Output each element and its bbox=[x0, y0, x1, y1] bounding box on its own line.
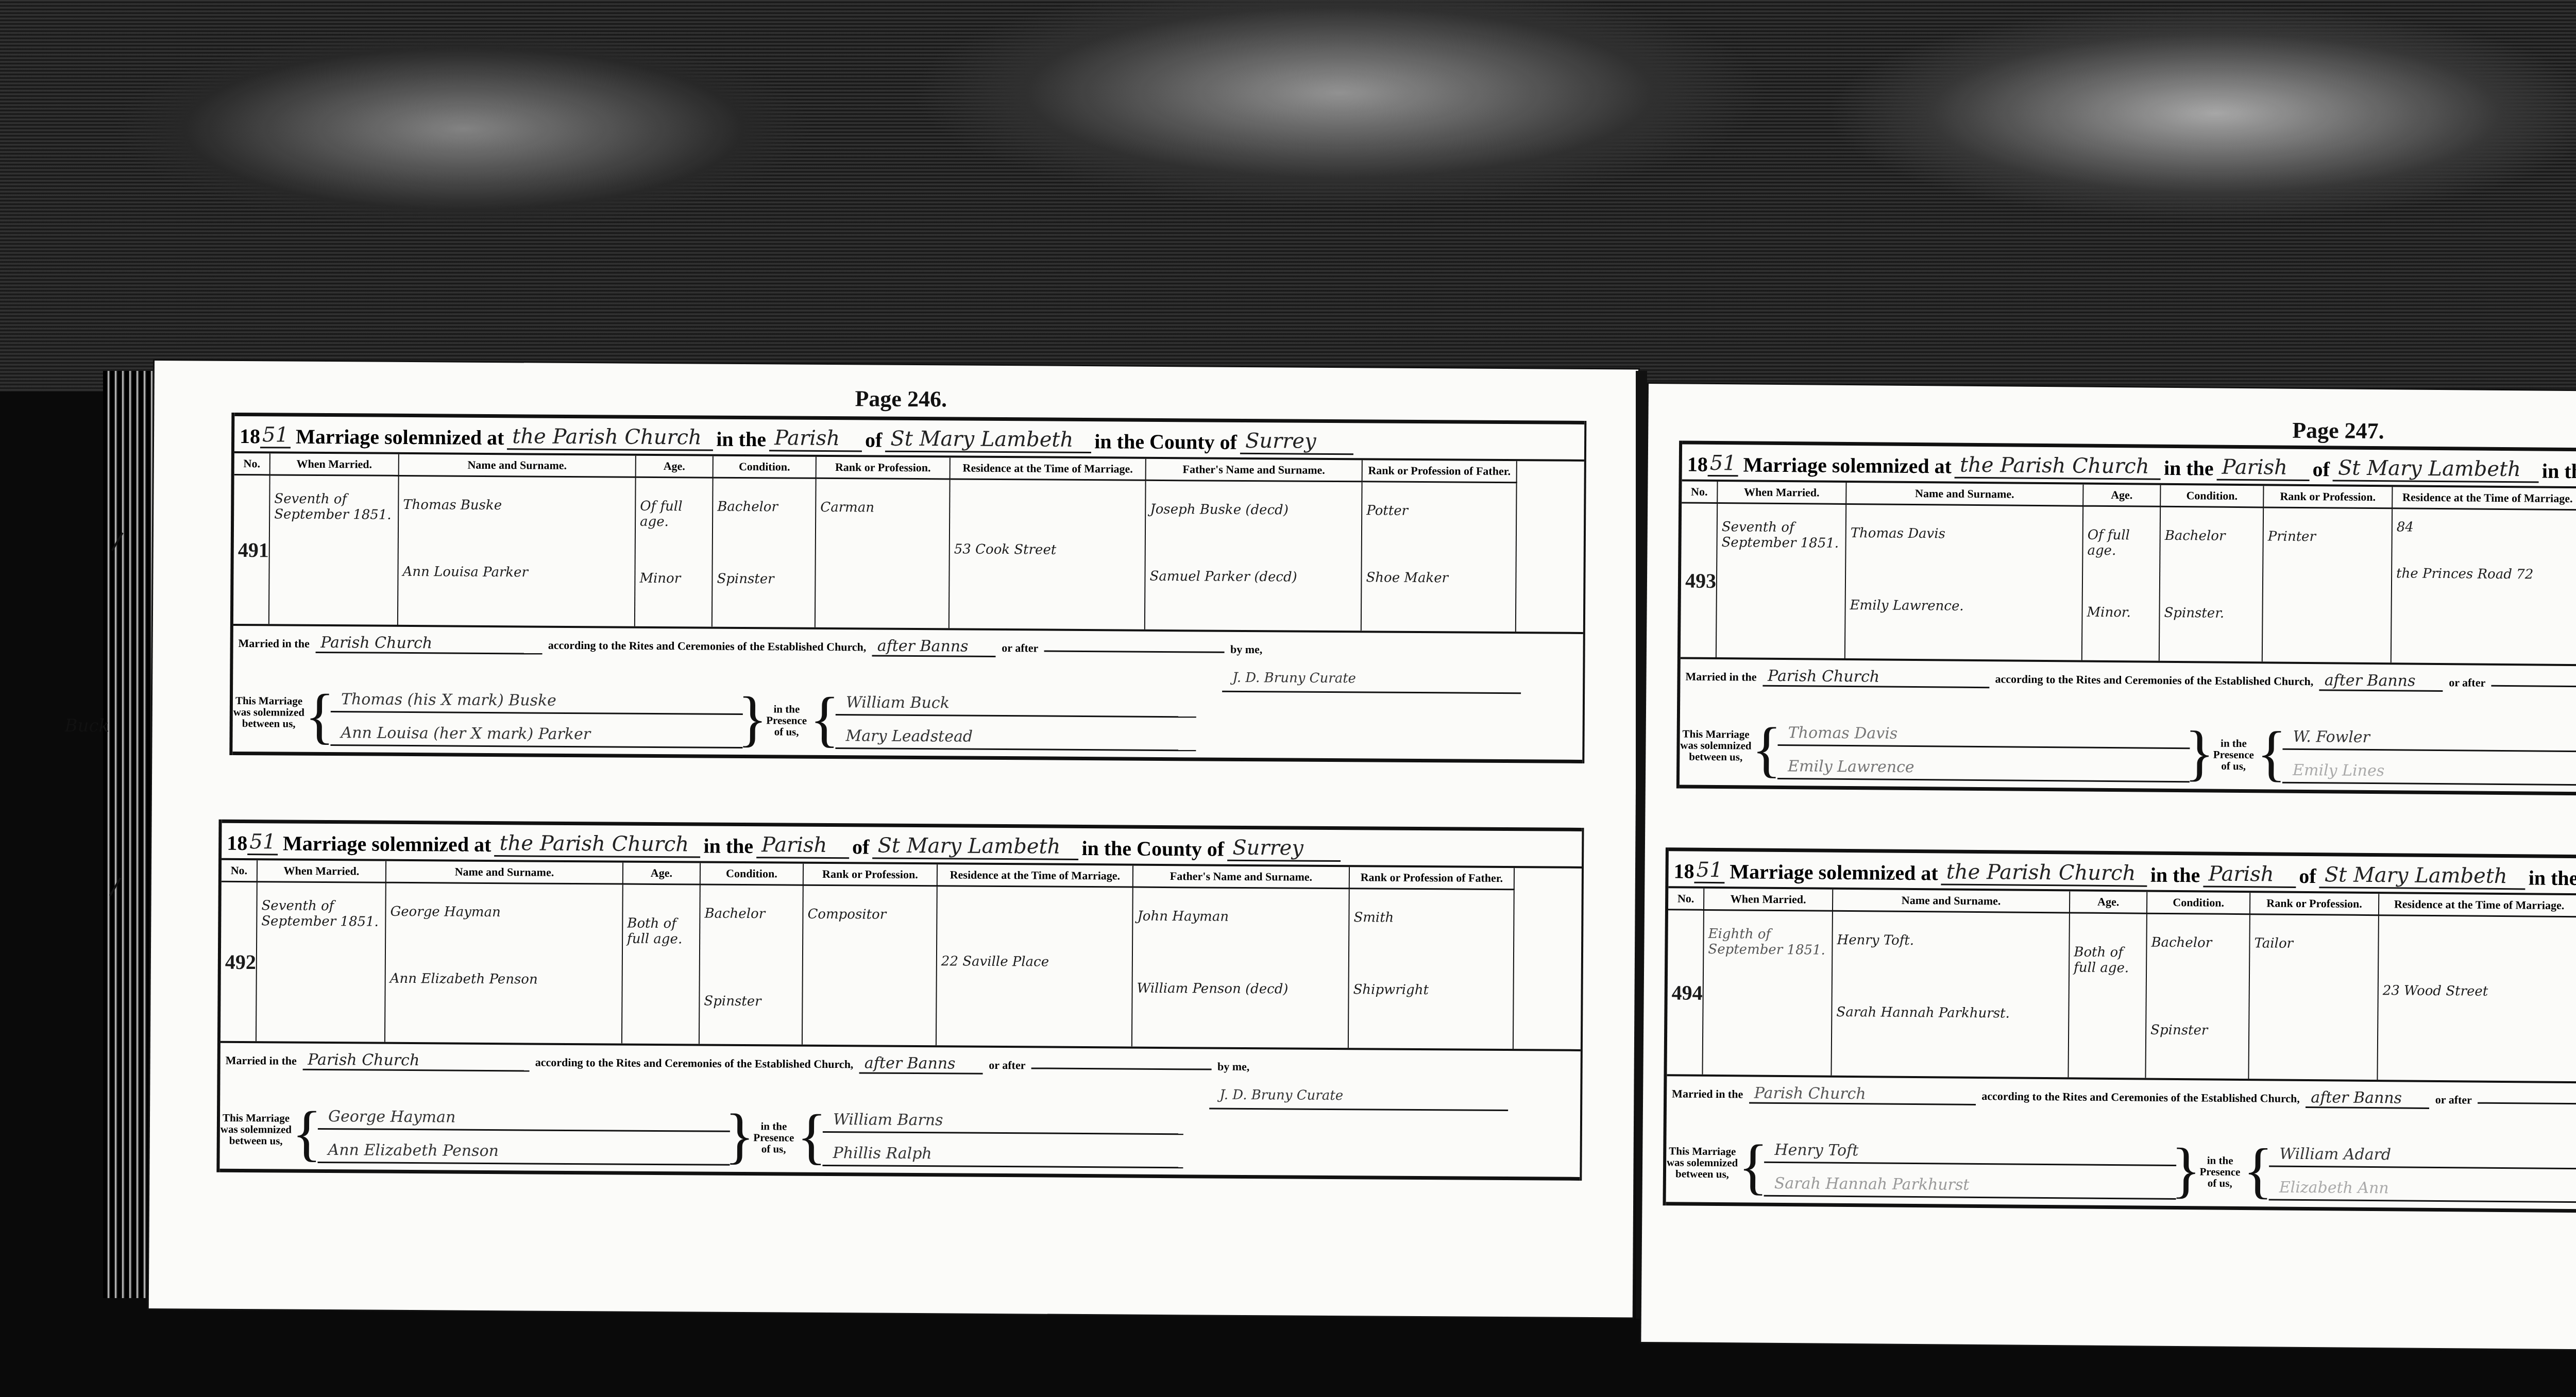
entry-table: No. When Married. Name and Surname. Age.… bbox=[233, 453, 1584, 634]
header-father-profession: Rank or Profession of Father. bbox=[1350, 867, 1515, 890]
profession-cell: Printer bbox=[2263, 508, 2393, 663]
or-after-label: or after bbox=[2435, 1093, 2472, 1106]
page-number: Page 246. bbox=[855, 385, 947, 412]
in-the-label: in the bbox=[2150, 863, 2200, 888]
background-cloth bbox=[0, 0, 2576, 391]
groom-name: Thomas Buske bbox=[403, 497, 631, 514]
residence: 53 Cook Street bbox=[954, 542, 1141, 558]
marriage-entry-494: 1851 Marriage solemnized at the Parish C… bbox=[1663, 847, 2576, 1216]
parish-type: Parish bbox=[2203, 862, 2296, 888]
rites-text: according to the Rites and Ceremonies of… bbox=[1995, 672, 2314, 688]
presence-label: in the Presence of us, bbox=[2210, 738, 2257, 772]
age-cell: Of full age. Minor. bbox=[2082, 507, 2161, 661]
year-suffix: 51 bbox=[1708, 451, 1738, 476]
banns: after Banns bbox=[872, 637, 996, 657]
officiant-signature: J. D. Bruny Curate bbox=[1209, 1087, 1508, 1112]
age: Both of full age. bbox=[2074, 945, 2142, 976]
presence-label: in the Presence of us, bbox=[2197, 1155, 2244, 1189]
place: the Parish Church bbox=[1955, 453, 2161, 480]
header-residence: Residence at the Time of Marriage. bbox=[2379, 894, 2576, 917]
father-name-cell: Joseph Buske (decd) Samuel Parker (decd) bbox=[1145, 481, 1363, 631]
or-after-label: or after bbox=[989, 1059, 1025, 1071]
county: Surrey bbox=[1227, 836, 1341, 862]
of-label: of bbox=[852, 834, 870, 859]
header-profession: Rank or Profession. bbox=[2264, 486, 2393, 509]
when-married: Seventh of September 1851. bbox=[269, 476, 399, 625]
bride-father: William Penson (decd) bbox=[1137, 981, 1344, 997]
place: the Parish Church bbox=[1941, 860, 2147, 887]
father-profession-cell: Potter Shoe Maker bbox=[1362, 483, 1517, 632]
in-the-label: in the bbox=[2164, 456, 2214, 481]
year-suffix: 51 bbox=[260, 423, 291, 448]
names-cell: George Hayman Ann Elizabeth Penson bbox=[385, 883, 623, 1044]
header-profession: Rank or Profession. bbox=[817, 457, 951, 480]
presence-label: in the Presence of us, bbox=[751, 1120, 797, 1155]
age-cell: Of full age. Minor bbox=[635, 478, 714, 627]
by-me-label: by me, bbox=[1230, 643, 1262, 656]
groom-name: Henry Toft. bbox=[1837, 932, 2064, 949]
header-name: Name and Surname. bbox=[1846, 483, 2083, 507]
groom-condition: Bachelor bbox=[2151, 935, 2245, 951]
year-suffix: 51 bbox=[247, 830, 278, 855]
banns: after Banns bbox=[2306, 1088, 2429, 1109]
bride-signature: Ann Elizabeth Penson bbox=[317, 1141, 730, 1166]
witness-signature: Mary Leadstead bbox=[835, 727, 1196, 751]
in-the-label: in the bbox=[716, 427, 766, 452]
entry-table: No. When Married. Name and Surname. Age.… bbox=[221, 860, 1582, 1051]
residence-cell: 53 Cook Street bbox=[950, 480, 1146, 629]
bride-age: Minor. bbox=[2087, 605, 2155, 621]
groom-signature: George Hayman bbox=[318, 1108, 730, 1132]
header-when-married: When Married. bbox=[258, 860, 386, 883]
entry-number: 491 bbox=[233, 475, 270, 624]
header-name: Name and Surname. bbox=[386, 861, 623, 885]
residence-cell: 22 Saville Place bbox=[937, 887, 1133, 1046]
groom-profession: Compositor bbox=[807, 907, 932, 923]
parish-name: St Mary Lambeth bbox=[885, 427, 1091, 453]
signature-block: J. D. Bruny Curate This Marriage was sol… bbox=[1666, 1115, 2576, 1217]
header-when-married: When Married. bbox=[1704, 889, 1833, 912]
year-prefix: 18 bbox=[227, 831, 247, 855]
groom-residence: 84 bbox=[2397, 520, 2576, 537]
in-the-label: in the bbox=[703, 834, 753, 859]
parish-type: Parish bbox=[769, 426, 862, 452]
header-condition: Condition. bbox=[2161, 485, 2264, 508]
bride-name: Ann Elizabeth Penson bbox=[390, 971, 618, 988]
solemnized-label: This Marriage was solemnized between us, bbox=[220, 1112, 292, 1147]
residence: 22 Saville Place bbox=[941, 954, 1128, 970]
header-age: Age. bbox=[2083, 485, 2161, 507]
bride-name: Sarah Hannah Parkhurst. bbox=[1836, 1004, 2064, 1021]
header-no: No. bbox=[1668, 888, 1704, 911]
groom-age: Of full age. bbox=[640, 499, 708, 530]
place: the Parish Church bbox=[507, 424, 713, 451]
when-married: Eighth of September 1851. bbox=[1703, 911, 1833, 1076]
of-label: of bbox=[865, 428, 883, 452]
age-cell: Both of full age. bbox=[2069, 914, 2147, 1078]
bride-name: Ann Louisa Parker bbox=[402, 564, 630, 581]
or-after-label: or after bbox=[1002, 641, 1038, 654]
bride-signature: Sarah Hannah Parkhurst bbox=[1764, 1174, 2176, 1200]
names-cell: Thomas Buske Ann Louisa Parker bbox=[398, 476, 636, 626]
bride-signature: Emily Lawrence bbox=[1777, 757, 2190, 782]
rites-text: according to the Rites and Ceremonies of… bbox=[535, 1056, 854, 1071]
groom-condition: Bachelor bbox=[2165, 528, 2259, 544]
parish-type: Parish bbox=[2216, 455, 2309, 481]
header-profession: Rank or Profession. bbox=[804, 864, 938, 887]
header-condition: Condition. bbox=[2147, 892, 2250, 915]
father-profession-cell: Smith Shipwright bbox=[1349, 889, 1515, 1049]
residence-cell: 84 the Princes Road 72 bbox=[2392, 509, 2576, 665]
header-residence: Residence at the Time of Marriage. bbox=[2393, 487, 2576, 510]
groom-signature: Thomas Davis bbox=[1777, 724, 2190, 749]
witness-signature: William Buck bbox=[836, 693, 1196, 718]
groom-father-profession: Smith bbox=[1353, 910, 1509, 926]
parish-name: St Mary Lambeth bbox=[2319, 863, 2526, 890]
bride-father-profession: Shoe Maker bbox=[1366, 570, 1511, 587]
groom-name: George Hayman bbox=[390, 904, 618, 921]
bride-condition: Spinster. bbox=[2164, 605, 2258, 621]
entry-number: 493 bbox=[1681, 504, 1718, 658]
bride-condition: Spinster bbox=[2150, 1023, 2244, 1038]
names-cell: Thomas Davis Emily Lawrence. bbox=[1845, 505, 2083, 660]
groom-profession: Carman bbox=[820, 500, 945, 516]
bride-residence: the Princes Road 72 bbox=[2396, 566, 2576, 583]
heading-text: Marriage solemnized at bbox=[1743, 452, 1952, 478]
residence: 23 Wood Street bbox=[2383, 983, 2574, 1000]
header-residence: Residence at the Time of Marriage. bbox=[951, 457, 1146, 481]
presence-label: in the Presence of us, bbox=[764, 703, 810, 738]
rites-text: according to the Rites and Ceremonies of… bbox=[1981, 1089, 2300, 1105]
condition-cell: Bachelor Spinster bbox=[700, 885, 804, 1045]
header-when-married: When Married. bbox=[1718, 482, 1846, 505]
marriage-entry-491: 1851 Marriage solemnized at the Parish C… bbox=[229, 413, 1586, 763]
signature-block: J. D. Bruny Curate This Marriage was sol… bbox=[219, 1081, 1580, 1181]
parish-type: Parish bbox=[756, 833, 849, 859]
header-no: No. bbox=[222, 860, 258, 883]
rites-text: according to the Rites and Ceremonies of… bbox=[548, 639, 867, 654]
heading-text: Marriage solemnized at bbox=[296, 424, 504, 450]
marriage-entry-493: 1851 Marriage solemnized at the Parish C… bbox=[1676, 440, 2576, 799]
header-when-married: When Married. bbox=[270, 453, 399, 476]
bride-father-profession: Shipwright bbox=[1353, 982, 1509, 998]
bride-condition: Spinster bbox=[717, 571, 810, 587]
entry-table: No. When Married. Name and Surname. Age.… bbox=[1681, 482, 2576, 670]
names-cell: Henry Toft. Sarah Hannah Parkhurst. bbox=[1832, 912, 2070, 1078]
groom-father: Joseph Buske (decd) bbox=[1150, 502, 1357, 518]
witness-signature: Emily Lines bbox=[2282, 761, 2576, 786]
groom-profession: Tailor bbox=[2254, 935, 2374, 952]
banns: after Banns bbox=[859, 1054, 983, 1075]
header-residence: Residence at the Time of Marriage. bbox=[938, 864, 1133, 888]
entry-number: 494 bbox=[1667, 911, 1704, 1075]
header-father-name: Father's Name and Surname. bbox=[1133, 866, 1350, 890]
groom-age: Of full age. bbox=[2087, 527, 2155, 559]
groom-signature: Henry Toft bbox=[1764, 1141, 2176, 1166]
groom-condition: Bachelor bbox=[704, 906, 798, 922]
register-page-246: Page 246. Buck 1851 Marriage solemnized … bbox=[149, 361, 1638, 1318]
register-page-247: Page 247. 1851 Marriage solemnized at th… bbox=[1641, 384, 2576, 1353]
header-name: Name and Surname. bbox=[1833, 890, 2070, 914]
county-label: in the County of bbox=[2529, 865, 2576, 891]
residence-cell: 23 Wood Street bbox=[2378, 916, 2576, 1081]
heading-text: Marriage solemnized at bbox=[1730, 859, 1938, 885]
signature-block: J. D. Bruny Curate This Marriage was sol… bbox=[232, 664, 1583, 763]
age: Both of full age. bbox=[627, 916, 695, 947]
witness-signature: Elizabeth Ann bbox=[2269, 1179, 2576, 1203]
bride-name: Emily Lawrence. bbox=[1850, 598, 2078, 615]
header-condition: Condition. bbox=[701, 863, 804, 885]
solemnized-label: This Marriage was solemnized between us, bbox=[1666, 1146, 1739, 1180]
header-father-profession: Rank or Profession of Father. bbox=[1363, 460, 1517, 483]
marriage-entry-492: 1851 Marriage solemnized at the Parish C… bbox=[216, 820, 1584, 1181]
county: Surrey bbox=[1240, 429, 1353, 455]
by-me-label: by me, bbox=[1217, 1060, 1249, 1073]
header-age: Age. bbox=[636, 456, 714, 479]
groom-signature: Thomas (his X mark) Buske bbox=[331, 690, 743, 715]
witness-signature: William Adard bbox=[2269, 1145, 2576, 1170]
header-age: Age. bbox=[623, 863, 701, 885]
year-prefix: 18 bbox=[1673, 859, 1694, 883]
signature-block: J. D. Bruny Curate This Marriage was sol… bbox=[1680, 697, 2576, 799]
margin-note: Buck bbox=[65, 715, 110, 737]
of-label: of bbox=[2299, 864, 2316, 888]
married-in: Parish Church bbox=[302, 1051, 529, 1072]
married-in: Parish Church bbox=[1749, 1084, 1976, 1105]
condition-cell: Bachelor Spinster bbox=[713, 479, 817, 627]
banns: after Banns bbox=[2319, 671, 2443, 692]
county-label: in the County of bbox=[1094, 429, 1237, 454]
bride-father: Samuel Parker (decd) bbox=[1149, 569, 1357, 585]
witness-signature: William Barns bbox=[823, 1111, 1183, 1135]
witness-signature: W. Fowler bbox=[2282, 728, 2576, 753]
or-after-label: or after bbox=[2449, 676, 2485, 689]
groom-profession: Printer bbox=[2268, 529, 2387, 546]
bride-condition: Spinster bbox=[704, 994, 798, 1010]
groom-name: Thomas Davis bbox=[1851, 525, 2078, 542]
married-in: Parish Church bbox=[315, 634, 542, 655]
father-name-cell: John Hayman William Penson (decd) bbox=[1132, 888, 1350, 1048]
age-cell: Both of full age. bbox=[622, 885, 701, 1044]
header-profession: Rank or Profession. bbox=[2250, 893, 2379, 916]
married-in: Parish Church bbox=[1762, 667, 1989, 688]
of-label: of bbox=[2312, 457, 2330, 481]
entry-table: No. When Married. Name and Surname. Age.… bbox=[1667, 888, 2576, 1087]
when-married: Seventh of September 1851. bbox=[1717, 504, 1846, 658]
condition-cell: Bachelor Spinster bbox=[2146, 914, 2250, 1079]
county-label: in the County of bbox=[1081, 836, 1224, 861]
parish-name: St Mary Lambeth bbox=[872, 834, 1078, 860]
header-name: Name and Surname. bbox=[399, 454, 636, 478]
header-no: No. bbox=[1682, 482, 1718, 504]
profession-cell: Compositor bbox=[803, 886, 938, 1046]
officiant-signature: J. D. Bruny Curate bbox=[1222, 670, 1521, 694]
heading-text: Marriage solemnized at bbox=[283, 831, 492, 857]
profession-cell: Tailor bbox=[2249, 915, 2379, 1080]
entry-number: 492 bbox=[221, 882, 258, 1041]
header-father-name: Father's Name and Surname. bbox=[1146, 459, 1363, 483]
bride-signature: Ann Louisa (her X mark) Parker bbox=[330, 724, 742, 748]
year-prefix: 18 bbox=[1687, 452, 1708, 476]
groom-father-profession: Potter bbox=[1366, 503, 1512, 520]
parish-name: St Mary Lambeth bbox=[2333, 456, 2539, 483]
solemnized-label: This Marriage was solemnized between us, bbox=[1680, 728, 1752, 763]
header-age: Age. bbox=[2070, 891, 2147, 914]
witness-signature: Phillis Ralph bbox=[822, 1144, 1183, 1168]
year-suffix: 51 bbox=[1694, 858, 1724, 883]
condition-cell: Bachelor Spinster. bbox=[2160, 507, 2264, 662]
year-prefix: 18 bbox=[240, 424, 260, 448]
header-no: No. bbox=[234, 453, 270, 476]
solemnized-label: This Marriage was solemnized between us, bbox=[233, 695, 305, 729]
groom-father: John Hayman bbox=[1137, 909, 1344, 925]
page-number: Page 247. bbox=[2292, 417, 2384, 444]
when-married: Seventh of September 1851. bbox=[257, 882, 386, 1042]
profession-cell: Carman bbox=[816, 479, 951, 628]
bride-age: Minor bbox=[639, 571, 707, 587]
county-label: in the County of bbox=[2542, 459, 2576, 484]
place: the Parish Church bbox=[494, 831, 700, 858]
groom-condition: Bachelor bbox=[717, 499, 811, 515]
header-condition: Condition. bbox=[714, 456, 817, 479]
